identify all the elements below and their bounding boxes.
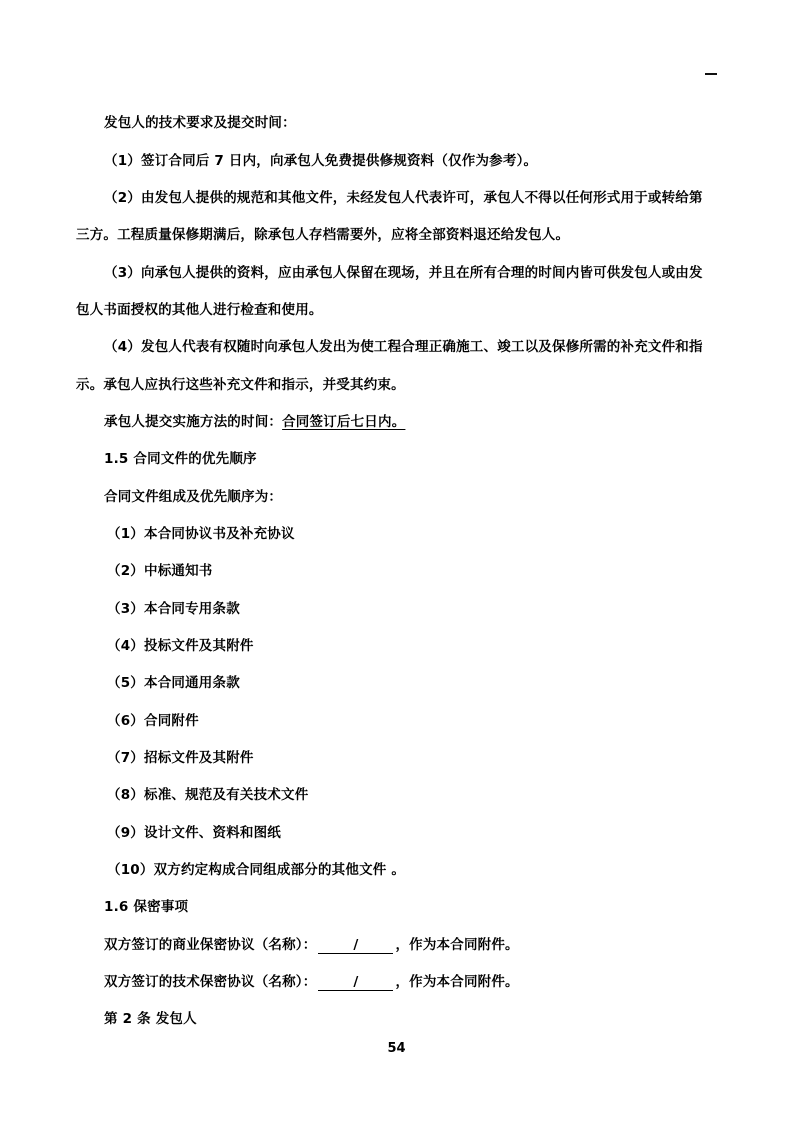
- section-1-5-intro: 合同文件组成及优先顺序为：: [104, 485, 282, 505]
- method-submit-label: 承包人提交实施方法的时间：: [104, 414, 282, 430]
- technical-confidentiality-label: 双方签订的技术保密协议（名称）：: [104, 974, 316, 990]
- technical-confidentiality-value: /: [318, 975, 393, 991]
- priority-item: （4）投标文件及其附件: [107, 634, 254, 654]
- page-number: 54: [0, 1041, 793, 1056]
- technical-confidentiality-suffix: ，作为本合同附件。: [395, 974, 518, 990]
- req-item-4-line2: 示。承包人应执行这些补充文件和指示，并受其约束。: [76, 373, 405, 393]
- commercial-confidentiality-row: 双方签订的商业保密协议（名称）：/，作为本合同附件。: [104, 933, 519, 954]
- priority-item: （6）合同附件: [107, 709, 199, 729]
- req-item-3-line1: （3）向承包人提供的资料，应由承包人保留在现场，并且在所有合理的时间内皆可供发包…: [104, 261, 703, 281]
- priority-item: （2）中标通知书: [107, 559, 213, 579]
- commercial-confidentiality-suffix: ，作为本合同附件。: [395, 937, 518, 953]
- priority-item: （1）本合同协议书及补充协议: [107, 522, 295, 542]
- req-item-2-line1: （2）由发包人提供的规范和其他文件，未经发包人代表许可，承包人不得以任何形式用于…: [104, 186, 703, 206]
- priority-item: （3）本合同专用条款: [107, 597, 240, 617]
- method-submit-time: 承包人提交实施方法的时间：合同签订后七日内。: [104, 410, 405, 430]
- commercial-confidentiality-label: 双方签订的商业保密协议（名称）：: [104, 937, 316, 953]
- priority-item: （5）本合同通用条款: [107, 671, 240, 691]
- req-item-4-line1: （4）发包人代表有权随时向承包人发出为使工程合理正确施工、竣工以及保修所需的补充…: [104, 335, 703, 355]
- priority-item: （10）双方约定构成合同组成部分的其他文件 。: [107, 858, 405, 878]
- req-item-1: （1）签订合同后 7 日内，向承包人免费提供修规资料（仅作为参考）。: [104, 149, 537, 169]
- section-1-6-heading: 1.6 保密事项: [104, 895, 188, 915]
- document-page: 发包人的技术要求及提交时间： （1）签订合同后 7 日内，向承包人免费提供修规资…: [0, 0, 793, 1121]
- section-1-5-heading: 1.5 合同文件的优先顺序: [104, 447, 257, 467]
- method-submit-value: 合同签订后七日内。: [282, 414, 405, 430]
- priority-item: （9）设计文件、资料和图纸: [107, 821, 281, 841]
- article-2-heading: 第 2 条 发包人: [104, 1007, 197, 1027]
- req-item-3-line2: 包人书面授权的其他人进行检查和使用。: [76, 298, 323, 318]
- priority-item: （8）标准、规范及有关技术文件: [107, 783, 308, 803]
- priority-item: （7）招标文件及其附件: [107, 746, 254, 766]
- header-dash: [705, 73, 717, 75]
- tech-req-heading: 发包人的技术要求及提交时间：: [104, 111, 296, 131]
- req-item-2-line2: 三方。工程质量保修期满后，除承包人存档需要外，应将全部资料退还给发包人。: [76, 223, 569, 243]
- technical-confidentiality-row: 双方签订的技术保密协议（名称）：/，作为本合同附件。: [104, 970, 519, 991]
- commercial-confidentiality-value: /: [318, 938, 393, 954]
